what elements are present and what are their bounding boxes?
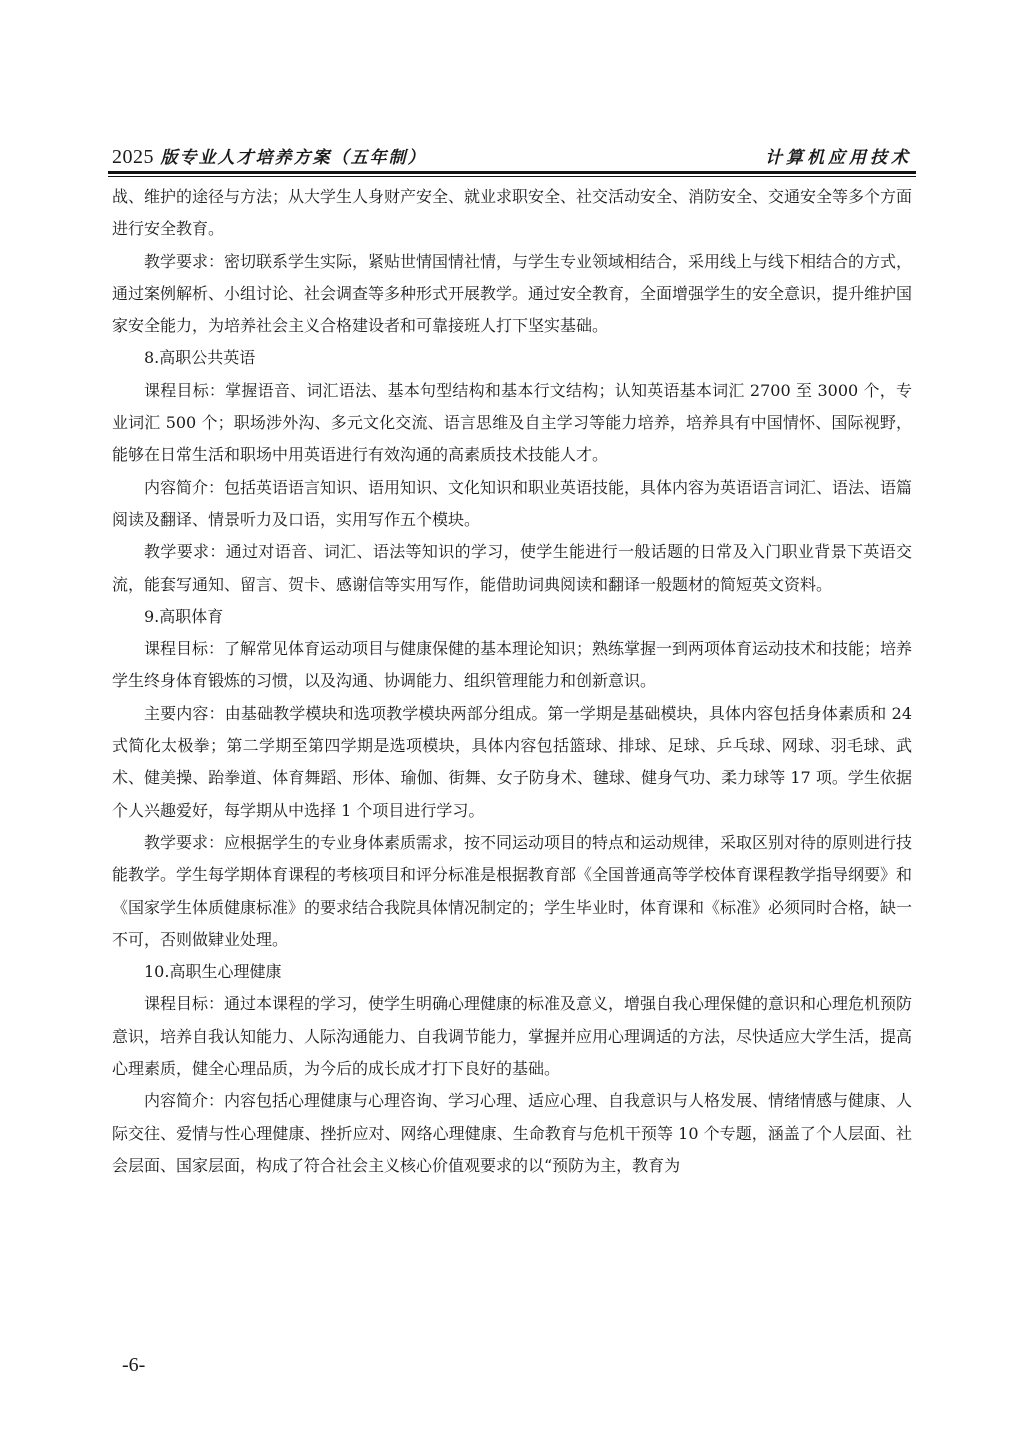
paragraph-continuation: 战、维护的途径与方法；从大学生人身财产安全、就业求职安全、社交活动安全、消防安全… xyxy=(112,181,912,246)
header-title: 版专业人才培养方案（五年制） xyxy=(161,148,427,168)
document-body: 战、维护的途径与方法；从大学生人身财产安全、就业求职安全、社交活动安全、消防安全… xyxy=(112,181,912,1182)
page-number: -6- xyxy=(122,1354,145,1377)
section-heading-mental-health: 10.高职生心理健康 xyxy=(112,956,912,988)
paragraph-pe-requirements: 教学要求：应根据学生的专业身体素质需求，按不同运动项目的特点和运动规律，采取区别… xyxy=(112,827,912,956)
header-program-title: 2025 版专业人才培养方案（五年制） xyxy=(112,143,427,169)
section-heading-pe: 9.高职体育 xyxy=(112,601,912,633)
running-header: 2025 版专业人才培养方案（五年制） 计算机应用技术 xyxy=(112,143,912,167)
paragraph-pe-content: 主要内容：由基础教学模块和选项教学模块两部分组成。第一学期是基础模块，具体内容包… xyxy=(112,698,912,827)
paragraph-mental-health-objectives: 课程目标：通过本课程的学习，使学生明确心理健康的标准及意义，增强自我心理保健的意… xyxy=(112,988,912,1085)
paragraph-pe-objectives: 课程目标：了解常见体育运动项目与健康保健的基本理论知识；熟练掌握一到两项体育运动… xyxy=(112,633,912,698)
paragraph-english-content: 内容简介：包括英语语言知识、语用知识、文化知识和职业英语技能，具体内容为英语语言… xyxy=(112,472,912,537)
header-major: 计算机应用技术 xyxy=(765,143,912,168)
paragraph-safety-teaching-requirements: 教学要求：密切联系学生实际，紧贴世情国情社情，与学生专业领域相结合，采用线上与线… xyxy=(112,246,912,343)
section-heading-english: 8.高职公共英语 xyxy=(112,342,912,374)
paragraph-english-requirements: 教学要求：通过对语音、词汇、语法等知识的学习，使学生能进行一般话题的日常及入门职… xyxy=(112,536,912,601)
paragraph-mental-health-content: 内容简介：内容包括心理健康与心理咨询、学习心理、适应心理、自我意识与人格发展、情… xyxy=(112,1085,912,1182)
header-rule-thick xyxy=(108,171,916,174)
paragraph-english-objectives: 课程目标：掌握语音、词汇语法、基本句型结构和基本行文结构；认知英语基本词汇 27… xyxy=(112,375,912,472)
document-page: 2025 版专业人才培养方案（五年制） 计算机应用技术 战、维护的途径与方法；从… xyxy=(0,0,1024,1448)
header-year: 2025 xyxy=(112,146,154,168)
header-rule-thin xyxy=(108,176,916,177)
